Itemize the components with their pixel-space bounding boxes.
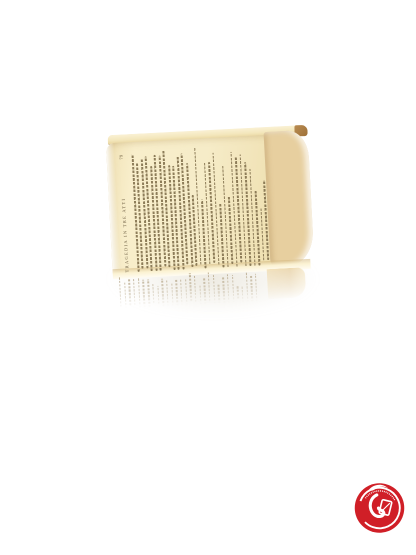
text-line: [143, 280, 146, 308]
stamp-svg: [352, 481, 407, 535]
text-line: [237, 286, 239, 299]
text-line: [222, 277, 225, 304]
text-line: [133, 278, 136, 305]
text-line: [231, 275, 234, 303]
text-line: [213, 275, 216, 304]
text-line: [138, 278, 141, 308]
text-line: [194, 275, 197, 302]
facing-text-lines: [119, 271, 266, 309]
text-line: [175, 279, 178, 306]
text-line: [245, 272, 248, 302]
text-line: [208, 272, 211, 301]
photo-scene: TRAGEDIA IN TRE ATTI 79: [0, 0, 416, 555]
page-text-block: TRAGEDIA IN TRE ATTI 79: [119, 147, 273, 273]
text-line: [260, 209, 264, 261]
text-line: [218, 284, 220, 304]
page-number: 79: [119, 154, 124, 159]
text-line: [166, 280, 169, 306]
text-line: [119, 276, 122, 306]
text-line: [250, 275, 253, 302]
facing-fore-edge: [267, 267, 307, 299]
text-line: [124, 283, 127, 309]
text-line: [161, 278, 164, 307]
text-line: [180, 278, 183, 305]
text-line: [227, 274, 230, 303]
text-line: [189, 273, 192, 301]
text-line: [147, 279, 150, 307]
text-line: [185, 278, 188, 305]
text-line: [255, 191, 261, 266]
text-line: [219, 204, 224, 268]
text-line: [263, 180, 269, 260]
text-line: [203, 278, 206, 305]
text-line: [171, 284, 174, 307]
text-line: [157, 286, 159, 304]
body-text-lines: [131, 147, 269, 272]
text-line: [128, 279, 131, 305]
text-line: [241, 287, 243, 303]
text-line: [255, 274, 258, 302]
seller-stamp-logo: [352, 481, 407, 535]
text-line: [152, 283, 154, 303]
open-book: TRAGEDIA IN TRE ATTI 79: [105, 125, 316, 313]
text-line: [199, 284, 201, 304]
